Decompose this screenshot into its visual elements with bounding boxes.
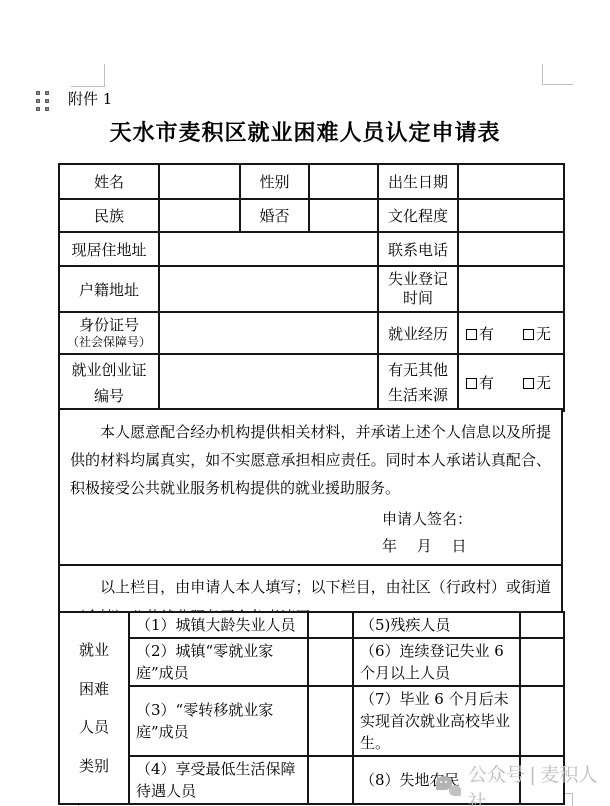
table-row: 现居住地址 联系电话 (59, 232, 564, 266)
wechat-icon (436, 775, 462, 799)
household-address-label: 户籍地址 (59, 266, 159, 312)
checkbox-icon[interactable] (523, 378, 534, 389)
phone-label: 联系电话 (378, 232, 458, 266)
id-number-value-cell[interactable] (159, 312, 378, 354)
household-address-value-cell[interactable] (159, 266, 378, 312)
category-item: （4）享受最低生活保障待遇人员 (129, 756, 308, 804)
table-row: 户籍地址 失业登记 时间 (59, 266, 564, 312)
checkbox-icon[interactable] (466, 329, 477, 340)
gender-label: 性别 (240, 164, 309, 199)
wechat-watermark: 公众号 | 麦积人社 (436, 760, 610, 806)
category-item: （3）“零转移就业家庭”成员 (129, 686, 308, 756)
category-check-cell[interactable] (520, 612, 564, 638)
drag-handle-icon[interactable] (36, 91, 49, 112)
table-row: 就业创业证 编号 有无其他 生活来源 有 无 (59, 354, 564, 411)
marital-status-label: 婚否 (240, 199, 309, 232)
other-income-no-option[interactable]: 无 (523, 372, 551, 393)
attachment-label: 附件 1 (68, 88, 112, 109)
marital-status-value-cell[interactable] (309, 199, 378, 232)
category-item: （2）城镇“零就业家庭”成员 (129, 638, 308, 686)
checkbox-icon[interactable] (523, 329, 534, 340)
employment-history-options-cell: 有 无 (458, 312, 564, 354)
unemployment-reg-time-value-cell[interactable] (458, 266, 564, 312)
current-address-label: 现居住地址 (59, 232, 159, 266)
education-value-cell[interactable] (458, 199, 564, 232)
birth-date-value-cell[interactable] (458, 164, 564, 199)
cert-number-label: 就业创业证 编号 (59, 354, 159, 411)
employment-history-label: 就业经历 (378, 312, 458, 354)
signature-label[interactable]: 申请人签名： (382, 506, 551, 533)
gender-value-cell[interactable] (309, 164, 378, 199)
current-address-value-cell[interactable] (159, 232, 378, 266)
other-income-yes-option[interactable]: 有 (466, 372, 494, 393)
commitment-cell: 本人愿意配合经办机构提供相关材料，并承诺上述个人信息以及所提供的材料均属真实，如… (59, 409, 562, 565)
employment-history-no-option[interactable]: 无 (523, 323, 551, 344)
other-income-label: 有无其他 生活来源 (378, 354, 458, 411)
page-title: 天水市麦积区就业困难人员认定申请表 (0, 116, 610, 147)
date-label[interactable]: 年 月 日 (382, 533, 551, 560)
category-check-cell[interactable] (308, 756, 353, 804)
table-row: 就业 困难 人员 类别 （1）城镇大龄失业人员 （5)残疾人员 (59, 612, 564, 638)
document-page: 附件 1 天水市麦积区就业困难人员认定申请表 姓名 性别 出生日期 民族 婚否 … (0, 0, 610, 806)
unemployment-reg-time-label: 失业登记 时间 (378, 266, 458, 312)
category-check-cell[interactable] (308, 686, 353, 756)
category-check-cell[interactable] (520, 686, 564, 756)
name-label: 姓名 (59, 164, 159, 199)
category-item: （7）毕业 6 个月后未实现首次就业高校毕业生。 (353, 686, 520, 756)
employment-history-yes-option[interactable]: 有 (466, 323, 494, 344)
birth-date-label: 出生日期 (378, 164, 458, 199)
category-header: 就业 困难 人员 类别 (59, 612, 129, 804)
table-row: 身份证号 （社会保障号） 就业经历 有 无 (59, 312, 564, 354)
category-item: （5)残疾人员 (353, 612, 520, 638)
cert-number-value-cell[interactable] (159, 354, 378, 411)
table-row: （3）“零转移就业家庭”成员 （7）毕业 6 个月后未实现首次就业高校毕业生。 (59, 686, 564, 756)
other-income-options-cell: 有 无 (458, 354, 564, 411)
category-item: （1）城镇大龄失业人员 (129, 612, 308, 638)
watermark-text: 公众号 | 麦积人社 (468, 760, 610, 806)
table-row: 本人愿意配合经办机构提供相关材料，并承诺上述个人信息以及所提供的材料均属真实，如… (59, 409, 562, 565)
id-number-label: 身份证号 （社会保障号） (59, 312, 159, 354)
phone-value-cell[interactable] (458, 232, 564, 266)
table-row: （2）城镇“零就业家庭”成员 （6）连续登记失业 6 个月以上人员 (59, 638, 564, 686)
category-check-cell[interactable] (308, 638, 353, 686)
name-value-cell[interactable] (159, 164, 240, 199)
category-check-cell[interactable] (308, 612, 353, 638)
signature-block: 申请人签名： 年 月 日 (382, 506, 551, 560)
commitment-table: 本人愿意配合经办机构提供相关材料，并承诺上述个人信息以及所提供的材料均属真实，如… (58, 408, 563, 636)
category-item: （6）连续登记失业 6 个月以上人员 (353, 638, 520, 686)
margin-corner-mark-top-right (542, 64, 573, 85)
table-row: 民族 婚否 文化程度 (59, 199, 564, 232)
checkbox-icon[interactable] (466, 378, 477, 389)
ethnicity-value-cell[interactable] (159, 199, 240, 232)
commitment-text: 本人愿意配合经办机构提供相关材料，并承诺上述个人信息以及所提供的材料均属真实，如… (70, 418, 551, 502)
margin-corner-mark-top-left (71, 64, 105, 87)
table-row: 姓名 性别 出生日期 (59, 164, 564, 199)
education-label: 文化程度 (378, 199, 458, 232)
ethnicity-label: 民族 (59, 199, 159, 232)
category-check-cell[interactable] (520, 638, 564, 686)
applicant-info-table: 姓名 性别 出生日期 民族 婚否 文化程度 现居住地址 联系电话 户籍地址 失业… (58, 163, 565, 412)
